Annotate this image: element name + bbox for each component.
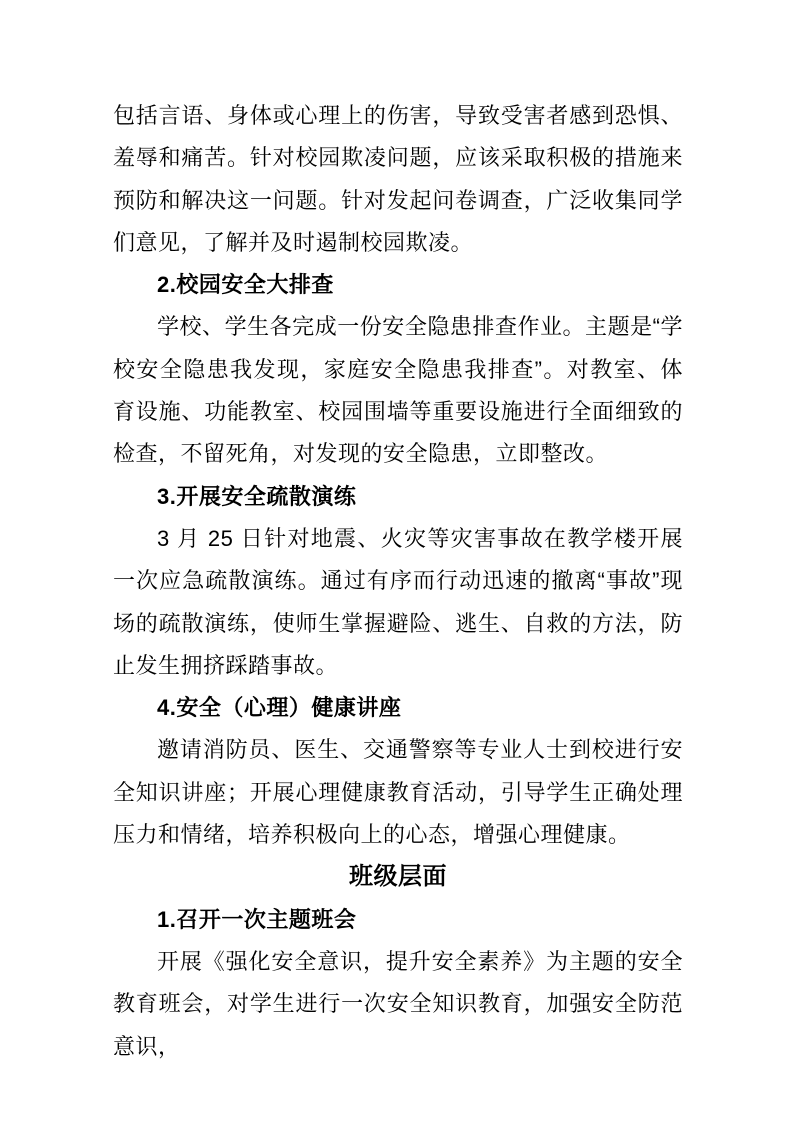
paragraph-safety-inspection: 学校、学生各完成一份安全隐患排查作业。主题是“学校安全隐患我发现，家庭安全隐患我…: [113, 306, 683, 475]
paragraph-evacuation-drill: 3 月 25 日针对地震、火灾等灾害事故在教学楼开展一次应急疏散演练。通过有序而…: [113, 518, 683, 687]
paragraph-bullying-continuation: 包括言语、身体或心理上的伤害，导致受害者感到恐惧、羞辱和痛苦。针对校园欺凌问题，…: [113, 95, 683, 264]
document-content: 包括言语、身体或心理上的伤害，导致受害者感到恐惧、羞辱和痛苦。针对校园欺凌问题，…: [113, 95, 683, 1068]
heading-campus-safety-inspection: 2.校园安全大排查: [113, 264, 683, 306]
heading-evacuation-drill: 3.开展安全疏散演练: [113, 476, 683, 518]
paragraph-health-lecture: 邀请消防员、医生、交通警察等专业人士到校进行安全知识讲座；开展心理健康教育活动，…: [113, 729, 683, 856]
section-title-class-level: 班级层面: [113, 856, 683, 898]
heading-health-lecture: 4.安全（心理）健康讲座: [113, 687, 683, 729]
heading-theme-class-meeting: 1.召开一次主题班会: [113, 899, 683, 941]
paragraph-theme-class-meeting: 开展《强化安全意识，提升安全素养》为主题的安全教育班会，对学生进行一次安全知识教…: [113, 941, 683, 1068]
document-page: 包括言语、身体或心理上的伤害，导致受害者感到恐惧、羞辱和痛苦。针对校园欺凌问题，…: [0, 0, 793, 1122]
